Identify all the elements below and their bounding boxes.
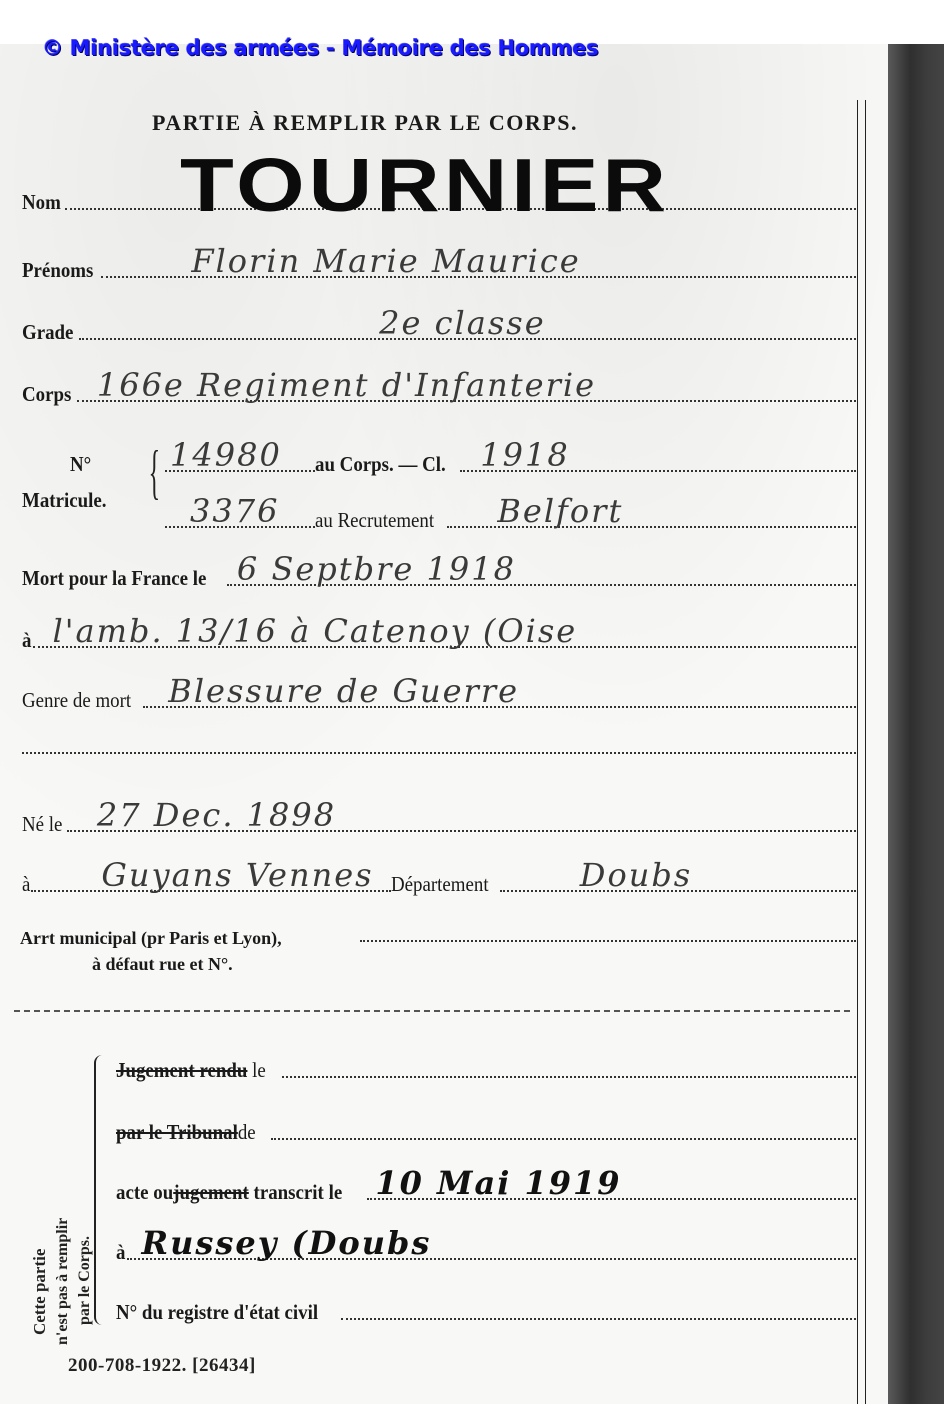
civil-section-brace (94, 1055, 104, 1325)
copyright-watermark: © Ministère des armées - Mémoire des Hom… (42, 36, 598, 60)
jugement-rendu-rest: le (252, 1058, 266, 1082)
registre-dotted-line (341, 1318, 856, 1320)
form-reference-code: 200-708-1922. [26434] (68, 1355, 256, 1377)
ne-le-dotted-line: 27 Dec. 1898 (67, 830, 856, 832)
mort-value: 6 Septbre 1918 (237, 550, 516, 588)
lieu-mort-dotted-line: l'amb. 13/16 à Catenoy (Oise (33, 646, 857, 648)
tribunal-label: par le Tribunalde (116, 1120, 256, 1145)
lieu-mort-value: l'amb. 13/16 à Catenoy (Oise (53, 612, 578, 650)
field-transcrit: acte oujugement transcrit le 10 Mai 1919 (116, 1180, 856, 1205)
arrondissement-dotted-line (360, 940, 856, 942)
ne-le-label: Né le (22, 812, 62, 837)
recrutement-dotted-line: Belfort (447, 526, 856, 528)
transcrit-value: 10 Mai 1919 (375, 1164, 621, 1202)
tribunal-dotted-line (271, 1138, 856, 1140)
corps-value: 166e Regiment d'Infanterie (97, 366, 596, 404)
field-matricule-corps: 14980 au Corps. — Cl. 1918 (165, 452, 856, 477)
grade-label: Grade (22, 320, 73, 345)
lieu-transcription-dotted-line: Russey (Doubs (127, 1258, 857, 1260)
right-border-line-inner (865, 100, 866, 1404)
field-blank-line (22, 752, 856, 759)
lieu-naissance-label: à (22, 872, 30, 897)
lieu-naissance-value: Guyans Vennes (101, 856, 373, 894)
recrutement-value: Belfort (497, 492, 623, 530)
lieu-mort-label: à (22, 628, 31, 653)
transcrit-prefix: acte ou (116, 1180, 173, 1204)
field-lieu-mort: à l'amb. 13/16 à Catenoy (Oise (22, 628, 856, 653)
matricule-recrutement-dotted-line: 3376 (165, 526, 315, 528)
arrondissement-label: Arrt municipal (pr Paris et Lyon), (20, 928, 282, 949)
field-corps: Corps 166e Regiment d'Infanterie (22, 382, 856, 407)
nom-value: TOURNIER (180, 142, 670, 229)
departement-dotted-line: Doubs (500, 890, 856, 892)
departement-label: Département (391, 872, 489, 897)
jugement-rendu-dotted-line (282, 1076, 856, 1078)
matricule-corps-number: 14980 (170, 436, 282, 474)
lieu-transcription-value: Russey (Doubs (142, 1224, 432, 1262)
field-lieu-transcription: à Russey (Doubs (116, 1240, 856, 1265)
transcrit-label: acte oujugement transcrit le (116, 1180, 342, 1205)
matricule-corps-dotted-line: 14980 (165, 470, 315, 472)
field-mort: Mort pour la France le 6 Septbre 1918 (22, 566, 856, 591)
field-tribunal: par le Tribunalde (116, 1120, 856, 1145)
side-note-line-1: Cette partie (30, 1249, 50, 1335)
corps-dotted-line: 166e Regiment d'Infanterie (77, 400, 856, 402)
blank-dotted-line (22, 752, 856, 754)
right-border-line (857, 100, 858, 1404)
tribunal-struck: par le Tribunal (116, 1120, 238, 1144)
side-note-line-2: n'est pas à remplir (54, 1218, 72, 1345)
genre-mort-label: Genre de mort (22, 688, 131, 713)
prenoms-value: Florin Marie Maurice (191, 242, 580, 280)
field-genre-mort: Genre de mort Blessure de Guerre (22, 688, 856, 713)
genre-mort-value: Blessure de Guerre (168, 672, 519, 710)
classe-value: 1918 (480, 436, 569, 474)
mort-dotted-line: 6 Septbre 1918 (227, 584, 856, 586)
jugement-rendu-struck: Jugement rendu (116, 1058, 247, 1082)
field-ne-le: Né le 27 Dec. 1898 (22, 812, 856, 837)
transcrit-dotted-line: 10 Mai 1919 (367, 1198, 856, 1200)
lieu-naissance-dotted-line: Guyans Vennes (31, 890, 391, 892)
matricule-label: Matricule. (22, 488, 106, 513)
prenoms-label: Prénoms (22, 258, 93, 283)
jugement-rendu-label: Jugement rendu le (116, 1058, 266, 1083)
au-corps-label: au Corps. — Cl. (315, 452, 446, 477)
field-arrondissement (360, 940, 856, 947)
genre-mort-dotted-line: Blessure de Guerre (143, 706, 856, 708)
matricule-label-no: N° (70, 452, 91, 477)
grade-value: 2e classe (379, 304, 545, 342)
ne-le-value: 27 Dec. 1898 (97, 796, 336, 834)
lieu-transcription-label: à (116, 1240, 125, 1265)
field-grade: Grade 2e classe (22, 320, 856, 345)
matricule-recrutement-number: 3376 (190, 492, 279, 530)
corps-label: Corps (22, 382, 71, 407)
registre-label: N° du registre d'état civil (116, 1300, 318, 1325)
transcrit-rest: transcrit le (254, 1180, 343, 1204)
grade-dotted-line: 2e classe (79, 338, 856, 340)
classe-dotted-line: 1918 (460, 470, 856, 472)
field-matricule-recrutement: 3376 au Recrutement Belfort (165, 508, 856, 533)
arrondissement-label-2: à défaut rue et N°. (92, 954, 233, 975)
scan-dark-edge (888, 44, 944, 1404)
civil-section-side-note: Cette partie n'est pas à remplir par le … (22, 1105, 92, 1335)
prenoms-dotted-line: Florin Marie Maurice (101, 276, 856, 278)
au-recrutement-label: au Recrutement (315, 508, 434, 533)
transcrit-struck: jugement (173, 1180, 249, 1204)
side-note-line-3: par le Corps. (76, 1236, 94, 1325)
field-registre: N° du registre d'état civil (116, 1300, 856, 1325)
field-prenoms: Prénoms Florin Marie Maurice (22, 258, 856, 283)
form-title: PARTIE À REMPLIR PAR LE CORPS. (152, 110, 578, 136)
field-lieu-naissance: à Guyans Vennes Département Doubs (22, 872, 856, 897)
departement-value: Doubs (580, 856, 692, 894)
field-jugement-rendu: Jugement rendu le (116, 1058, 856, 1083)
matricule-brace: { (149, 438, 161, 507)
mort-label: Mort pour la France le (22, 566, 206, 591)
section-divider (14, 1010, 850, 1012)
tribunal-rest: de (238, 1120, 256, 1144)
nom-label: Nom (22, 190, 61, 215)
